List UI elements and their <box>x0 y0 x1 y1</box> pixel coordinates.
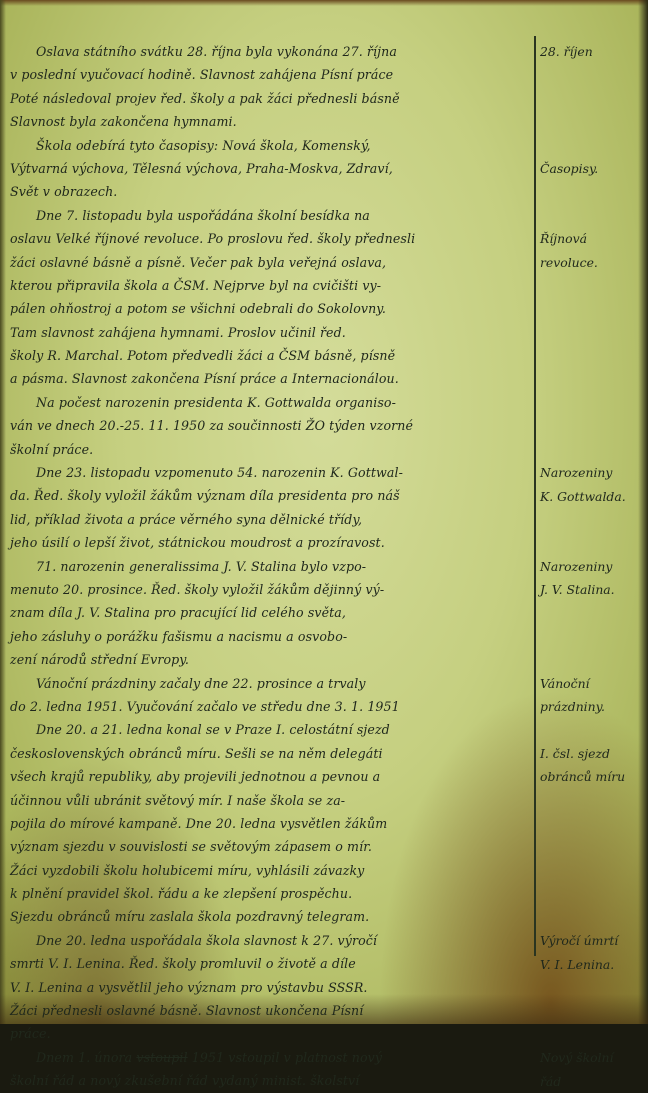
text-line: smrti V. I. Lenina. Řed. školy promluvil… <box>10 952 532 975</box>
text-line: Žáci přednesli oslavné básně. Slavnost u… <box>10 999 532 1022</box>
text-line: V. I. Lenina a vysvětlil jeho význam pro… <box>10 976 532 999</box>
margin-note: K. Gottwalda. <box>540 485 644 508</box>
text-line: jeho zásluhy o porážku fašismu a nacismu… <box>10 625 532 648</box>
margin-note: Výročí úmrtí <box>540 929 644 952</box>
margin-note: Narozeniny <box>540 461 644 484</box>
margin-note: Časopisy. <box>540 157 644 180</box>
text-line: Škola odebírá tyto časopisy: Nová škola,… <box>10 134 532 157</box>
text-line: lid, příklad života a práce věrného syna… <box>10 508 532 531</box>
text-line: žáci oslavné básně a písně. Večer pak by… <box>10 251 532 274</box>
text-line: a pásma. Slavnost zakončena Písní práce … <box>10 367 532 390</box>
text-line: význam sjezdu v souvislosti se světovým … <box>10 835 532 858</box>
text-line: do 2. ledna 1951. Vyučování začalo ve st… <box>10 695 532 718</box>
text-line: Dne 23. listopadu vzpomenuto 54. narozen… <box>10 461 532 484</box>
margin-note: prázdniny. <box>540 695 644 718</box>
chronicle-page: Oslava státního svátku 28. října byla vy… <box>0 0 648 1024</box>
text-line: Slavnost byla zakončena hymnami. <box>10 110 532 133</box>
text-line: Tam slavnost zahájena hymnami. Proslov u… <box>10 321 532 344</box>
text-line: v poslední vyučovací hodině. Slavnost za… <box>10 63 532 86</box>
text-line: menuto 20. prosince. Řed. školy vyložil … <box>10 578 532 601</box>
text-line: ván ve dnech 20.-25. 11. 1950 za součinn… <box>10 414 532 437</box>
margin-note: Narozeniny <box>540 555 644 578</box>
text-line: k plnění pravidel škol. řádu a ke zlepše… <box>10 882 532 905</box>
margin-note: obránců míru <box>540 765 644 788</box>
text-line: pálen ohňostroj a potom se všichni odebr… <box>10 297 532 320</box>
text-line: 71. narozenin generalissima J. V. Stalin… <box>10 555 532 578</box>
margin-note: J. V. Stalina. <box>540 578 644 601</box>
text-line: jeho úsilí o lepší život, státnickou mou… <box>10 531 532 554</box>
margin-note: I. čsl. sjezd <box>540 742 644 765</box>
text-line: školní práce. <box>10 438 532 461</box>
text-line: Svět v obrazech. <box>10 180 532 203</box>
margin-rule-line <box>534 36 536 956</box>
page-top-edge <box>0 0 648 6</box>
margin-note: V. I. Lenina. <box>540 953 644 976</box>
text-line: Sjezdu obránců míru zaslala škola pozdra… <box>10 905 532 928</box>
text-line: československých obránců míru. Sešli se … <box>10 742 532 765</box>
margin-note: revoluce. <box>540 251 644 274</box>
margin-note: 28. říjen <box>540 40 644 63</box>
main-text-column: Oslava státního svátku 28. října byla vy… <box>10 40 532 1024</box>
text-line: zení národů střední Evropy. <box>10 648 532 671</box>
text-line: Dne 7. listopadu byla uspořádána školní … <box>10 204 532 227</box>
text-line: da. Řed. školy vyložil žákům význam díla… <box>10 484 532 507</box>
text-line: všech krajů republiky, aby projevili jed… <box>10 765 532 788</box>
text-line: pojila do mírové kampaně. Dne 20. ledna … <box>10 812 532 835</box>
text-line: Žáci vyzdobili školu holubicemi míru, vy… <box>10 859 532 882</box>
text-line: školy R. Marchal. Potom předvedli žáci a… <box>10 344 532 367</box>
text-line: Na počest narozenin presidenta K. Gottwa… <box>10 391 532 414</box>
text-line: Oslava státního svátku 28. října byla vy… <box>10 40 532 63</box>
margin-note: Vánoční <box>540 672 644 695</box>
text-line: účinnou vůli ubránit světový mír. I naše… <box>10 789 532 812</box>
text-line: Dne 20. a 21. ledna konal se v Praze I. … <box>10 718 532 741</box>
text-line: Dne 20. ledna uspořádala škola slavnost … <box>10 929 532 952</box>
text-line: Poté následoval projev řed. školy a pak … <box>10 87 532 110</box>
text-line: Vánoční prázdniny začaly dne 22. prosinc… <box>10 672 532 695</box>
text-line: kterou připravila škola a ČSM. Nejprve b… <box>10 274 532 297</box>
text-line: oslavu Velké říjnové revoluce. Po proslo… <box>10 227 532 250</box>
page-left-edge <box>0 0 6 1024</box>
margin-note: Říjnová <box>540 227 644 250</box>
text-line: znam díla J. V. Stalina pro pracující li… <box>10 601 532 624</box>
text-line: Výtvarná výchova, Tělesná výchova, Praha… <box>10 157 532 180</box>
page-right-edge <box>638 0 648 1024</box>
